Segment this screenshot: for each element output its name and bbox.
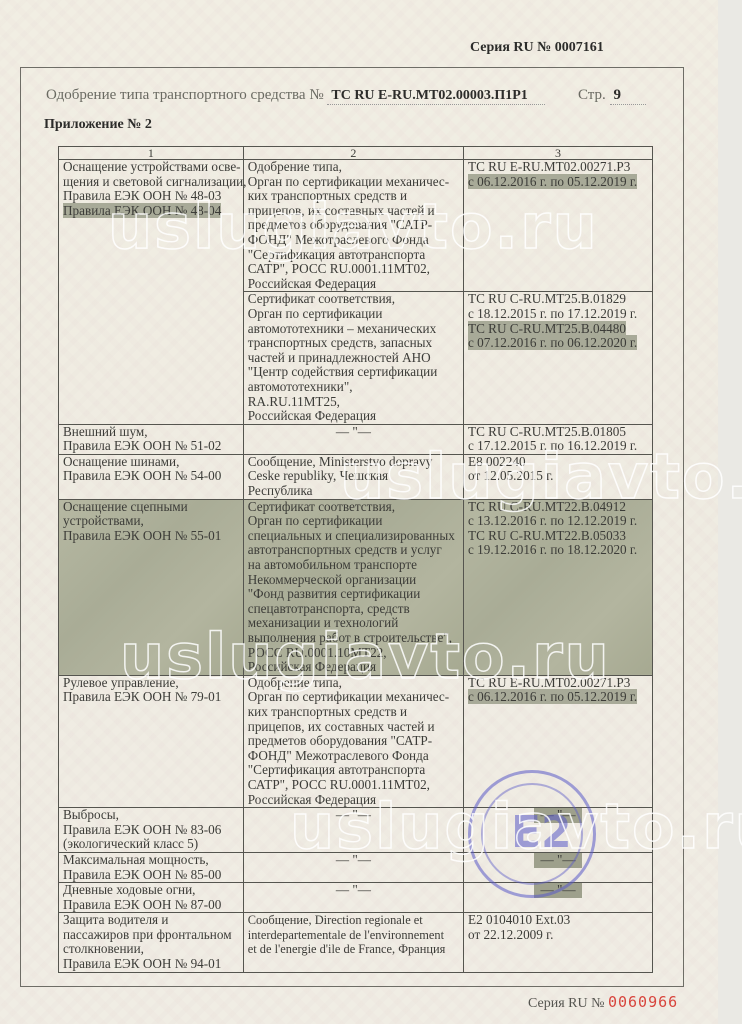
cell-text: Оснащение шинами, — [63, 455, 239, 470]
page-indicator: Стр. 9 — [578, 87, 646, 105]
cell-text: Правила ЕЭК ООН № 51-02 — [63, 439, 239, 454]
approval-line: Одобрение типа транспортного средства № … — [46, 87, 545, 105]
certificate-number: E8 002240 — [468, 455, 648, 470]
cell-text: "Сертификация автотранспорта — [248, 248, 459, 263]
cell-text: Некоммерческой организации — [248, 573, 459, 588]
cell-text: Одобрение типа, — [248, 160, 459, 175]
cell-text: прицепов, их составных частей и — [248, 720, 459, 735]
table-row: Внешний шум, Правила ЕЭК ООН № 51-02 — "… — [59, 424, 653, 454]
appendix-title: Приложение № 2 — [44, 117, 152, 133]
cell-text: Сообщение, Ministerstvo dopravy — [248, 455, 459, 470]
cell-text: Внешний шум, — [63, 425, 239, 440]
cell-text: ких транспортных средств и — [248, 705, 459, 720]
cell-text: Республика — [248, 484, 459, 499]
requirement-cell: Максимальная мощность, Правила ЕЭК ООН №… — [59, 852, 244, 882]
cell-text: Российская Федерация — [248, 277, 459, 292]
table-row: Оснащение шинами, Правила ЕЭК ООН № 54-0… — [59, 454, 653, 499]
certificate-cell: TC RU E-RU.MT02.00271.P3 с 06.12.2016 г.… — [464, 675, 653, 807]
cell-text: РОСС RU.0001.10МТ22, — [248, 646, 459, 661]
cell-text: автомототехники", — [248, 380, 459, 395]
cell-text: САТР", РОСС RU.0001.11МТ02, — [248, 262, 459, 277]
page-number: 9 — [610, 87, 646, 105]
cell-text: Правила ЕЭК ООН № 85-00 — [63, 868, 239, 883]
cell-text: предметов оборудования "САТР- — [248, 734, 459, 749]
requirement-cell: Рулевое управление, Правила ЕЭК ООН № 79… — [59, 675, 244, 807]
cell-text: транспортных средств, запасных — [248, 336, 459, 351]
certificate-number: TC RU C-RU.MT22.B.05033 — [468, 529, 648, 544]
cell-text: Орган по сертификации механичес- — [248, 690, 459, 705]
validity-period: с 07.12.2016 г. по 06.12.2020 г. — [468, 335, 637, 350]
cell-text: Правила ЕЭК ООН № 48-03 — [63, 189, 239, 204]
certificate-cell: TC RU E-RU.MT02.00271.P3 с 06.12.2016 г.… — [464, 160, 653, 292]
cell-text: автомототехники – механических — [248, 322, 459, 337]
cell-text: на автомобильном транспорте — [248, 558, 459, 573]
cell-text: Российская Федерация — [248, 409, 459, 424]
cell-text: Правила ЕЭК ООН № 87-00 — [63, 898, 239, 913]
authority-cell: Сертификат соответствия, Орган по сертиф… — [243, 292, 463, 424]
certificate-number: TC RU C-RU.MT25.B.04480 — [468, 321, 626, 336]
cell-text: Орган по сертификации механичес- — [248, 175, 459, 190]
cell-text: Защита водителя и — [63, 913, 239, 928]
authority-cell: Одобрение типа, Орган по сертификации ме… — [243, 160, 463, 292]
cell-text: выполнения работ в строительстве", — [248, 631, 459, 646]
cell-text: столкновении, — [63, 942, 239, 957]
ditto-mark: — "— — [336, 807, 371, 822]
table-row: Максимальная мощность, Правила ЕЭК ООН №… — [59, 852, 653, 882]
cell-text: автотранспортных средств и услуг — [248, 543, 459, 558]
authority-cell: Одобрение типа, Орган по сертификации ме… — [243, 675, 463, 807]
cell-text: ФОНД" Межотраслевого Фонда — [248, 233, 459, 248]
requirement-cell: Оснащение шинами, Правила ЕЭК ООН № 54-0… — [59, 454, 244, 499]
ditto-mark: — "— — [534, 853, 581, 868]
validity-period: с 17.12.2015 г. по 16.12.2019 г. — [468, 439, 648, 454]
requirement-cell: Выбросы, Правила ЕЭК ООН № 83-06 (эколог… — [59, 808, 244, 853]
cell-text: Правила ЕЭК ООН № 94-01 — [63, 957, 239, 972]
ditto-mark: — "— — [336, 882, 371, 897]
series-number: 0060966 — [608, 993, 678, 1011]
certificates-table: 1 2 3 Оснащение устройствами осве- щения… — [58, 146, 653, 973]
cell-text: Сертификат соответствия, — [248, 292, 459, 307]
cell-text: Выбросы, — [63, 808, 239, 823]
authority-cell: Сертификат соответствия, Орган по сертиф… — [243, 499, 463, 675]
validity-period: с 18.12.2015 г. по 17.12.2019 г. — [468, 307, 648, 322]
cell-text: ФОНД" Межотраслевого Фонда — [248, 749, 459, 764]
table-row: Выбросы, Правила ЕЭК ООН № 83-06 (эколог… — [59, 808, 653, 853]
ditto-mark: — "— — [336, 852, 371, 867]
certificate-number: TC RU E-RU.MT02.00271.P3 — [468, 676, 648, 691]
certificate-cell: TC RU C-RU.MT25.B.01829 с 18.12.2015 г. … — [464, 292, 653, 424]
cell-text: устройствами, — [63, 514, 239, 529]
series-label: Серия RU № — [528, 996, 604, 1011]
ditto-mark: — "— — [534, 883, 581, 898]
cell-text: пассажиров при фронтальном — [63, 928, 239, 943]
validity-period: от 12.05.2015 г. — [468, 469, 648, 484]
cell-text: спецавтотранспорта, средств — [248, 602, 459, 617]
cell-text: RA.RU.11МТ25, — [248, 395, 459, 410]
cell-text: щения и световой сигнализации, — [63, 175, 239, 190]
cell-text: Правила ЕЭК ООН № 79-01 — [63, 690, 239, 705]
cell-text: специальных и специализированных — [248, 529, 459, 544]
certificate-number: TC RU E-RU.MT02.00271.P3 — [468, 160, 648, 175]
table-row: Рулевое управление, Правила ЕЭК ООН № 79… — [59, 675, 653, 807]
requirement-cell: Оснащение устройствами осве- щения и све… — [59, 160, 244, 425]
validity-period: с 06.12.2016 г. по 05.12.2019 г. — [468, 174, 637, 189]
certificate-number: TC RU C-RU.MT25.B.01829 — [468, 292, 648, 307]
cell-text: Сообщение, Direction regionale et — [248, 913, 459, 928]
table-header-row: 1 2 3 — [59, 147, 653, 160]
cell-text: предметов оборудования "САТР- — [248, 218, 459, 233]
cell-text: et de l'energie d'ile de France, Франция — [248, 942, 459, 957]
authority-cell: — "— — [243, 852, 463, 882]
authority-cell: — "— — [243, 883, 463, 913]
cell-text: Правила ЕЭК ООН № 54-00 — [63, 469, 239, 484]
cell-text: "Центр содействия сертификации — [248, 365, 459, 380]
ditto-mark: — "— — [534, 808, 581, 823]
certificate-cell: — "— — [464, 852, 653, 882]
cell-text: "Фонд развития сертификации — [248, 587, 459, 602]
cell-text: (экологический класс 5) — [63, 837, 239, 852]
cell-text: Рулевое управление, — [63, 676, 239, 691]
validity-period: с 06.12.2016 г. по 05.12.2019 г. — [468, 689, 637, 704]
table-row: Дневные ходовые огни, Правила ЕЭК ООН № … — [59, 883, 653, 913]
certificate-number: E2 0104010 Ext.03 — [468, 913, 648, 928]
certificate-cell: — "— — [464, 883, 653, 913]
cell-text: ких транспортных средств и — [248, 189, 459, 204]
column-header-1: 1 — [59, 147, 244, 160]
document-page: Серия RU № 0007161 Одобрение типа трансп… — [0, 0, 718, 1024]
cell-text: механизации и технологий — [248, 616, 459, 631]
cell-text: прицепов, их составных частей и — [248, 204, 459, 219]
authority-cell: Сообщение, Ministerstvo dopravy Ceske re… — [243, 454, 463, 499]
cell-text: Российская Федерация — [248, 793, 459, 808]
requirement-cell: Оснащение сцепными устройствами, Правила… — [59, 499, 244, 675]
cell-text: interdepartementale de l'environnement — [248, 928, 459, 943]
cell-text: САТР", РОСС RU.0001.11МТ02, — [248, 778, 459, 793]
validity-period: с 19.12.2016 г. по 18.12.2020 г. — [468, 543, 648, 558]
column-header-2: 2 — [243, 147, 463, 160]
approval-number: TC RU E-RU.MT02.00003.П1Р1 — [327, 88, 545, 105]
table-row: Оснащение устройствами осве- щения и све… — [59, 160, 653, 292]
authority-cell: — "— — [243, 424, 463, 454]
certificate-cell: E8 002240 от 12.05.2015 г. — [464, 454, 653, 499]
certificate-number: TC RU C-RU.MT22.B.04912 — [468, 500, 648, 515]
certificate-cell: — "— — [464, 808, 653, 853]
cell-text: Оснащение устройствами осве- — [63, 160, 239, 175]
highlighted-text: Правила ЕЭК ООН № 48-04 — [63, 203, 221, 218]
cell-text: Российская Федерация — [248, 660, 459, 675]
certificate-cell: TC RU C-RU.MT22.B.04912 с 13.12.2016 г. … — [464, 499, 653, 675]
cell-text: Ceske republiky, Чешская — [248, 469, 459, 484]
authority-cell: — "— — [243, 808, 463, 853]
table-row: Защита водителя и пассажиров при фронтал… — [59, 913, 653, 972]
approval-label: Одобрение типа транспортного средства № — [46, 87, 324, 103]
requirement-cell: Внешний шум, Правила ЕЭК ООН № 51-02 — [59, 424, 244, 454]
table-row-highlighted: Оснащение сцепными устройствами, Правила… — [59, 499, 653, 675]
column-header-3: 3 — [464, 147, 653, 160]
ditto-mark: — "— — [336, 424, 371, 439]
cell-text: Оснащение сцепными — [63, 500, 239, 515]
series-number-bottom: Серия RU № 0060966 — [528, 993, 678, 1012]
validity-period: с 13.12.2016 г. по 12.12.2019 г. — [468, 514, 648, 529]
validity-period: от 22.12.2009 г. — [468, 928, 648, 943]
cell-text: Сертификат соответствия, — [248, 500, 459, 515]
certificate-cell: E2 0104010 Ext.03 от 22.12.2009 г. — [464, 913, 653, 972]
cell-text: частей и принадлежностей АНО — [248, 351, 459, 366]
cell-text: "Сертификация автотранспорта — [248, 763, 459, 778]
cell-text: Максимальная мощность, — [63, 853, 239, 868]
cell-text: Орган по сертификации — [248, 514, 459, 529]
cell-text: Правила ЕЭК ООН № 55-01 — [63, 529, 239, 544]
requirement-cell: Защита водителя и пассажиров при фронтал… — [59, 913, 244, 972]
cell-text: Орган по сертификации — [248, 307, 459, 322]
cell-text: Дневные ходовые огни, — [63, 883, 239, 898]
certificate-number: TC RU C-RU.MT25.B.01805 — [468, 425, 648, 440]
requirement-cell: Дневные ходовые огни, Правила ЕЭК ООН № … — [59, 883, 244, 913]
authority-cell: Сообщение, Direction regionale et interd… — [243, 913, 463, 972]
cell-text: Правила ЕЭК ООН № 83-06 — [63, 823, 239, 838]
cell-text: Одобрение типа, — [248, 676, 459, 691]
certificate-cell: TC RU C-RU.MT25.B.01805 с 17.12.2015 г. … — [464, 424, 653, 454]
page-label: Стр. — [578, 87, 606, 103]
series-number-top: Серия RU № 0007161 — [470, 40, 604, 56]
